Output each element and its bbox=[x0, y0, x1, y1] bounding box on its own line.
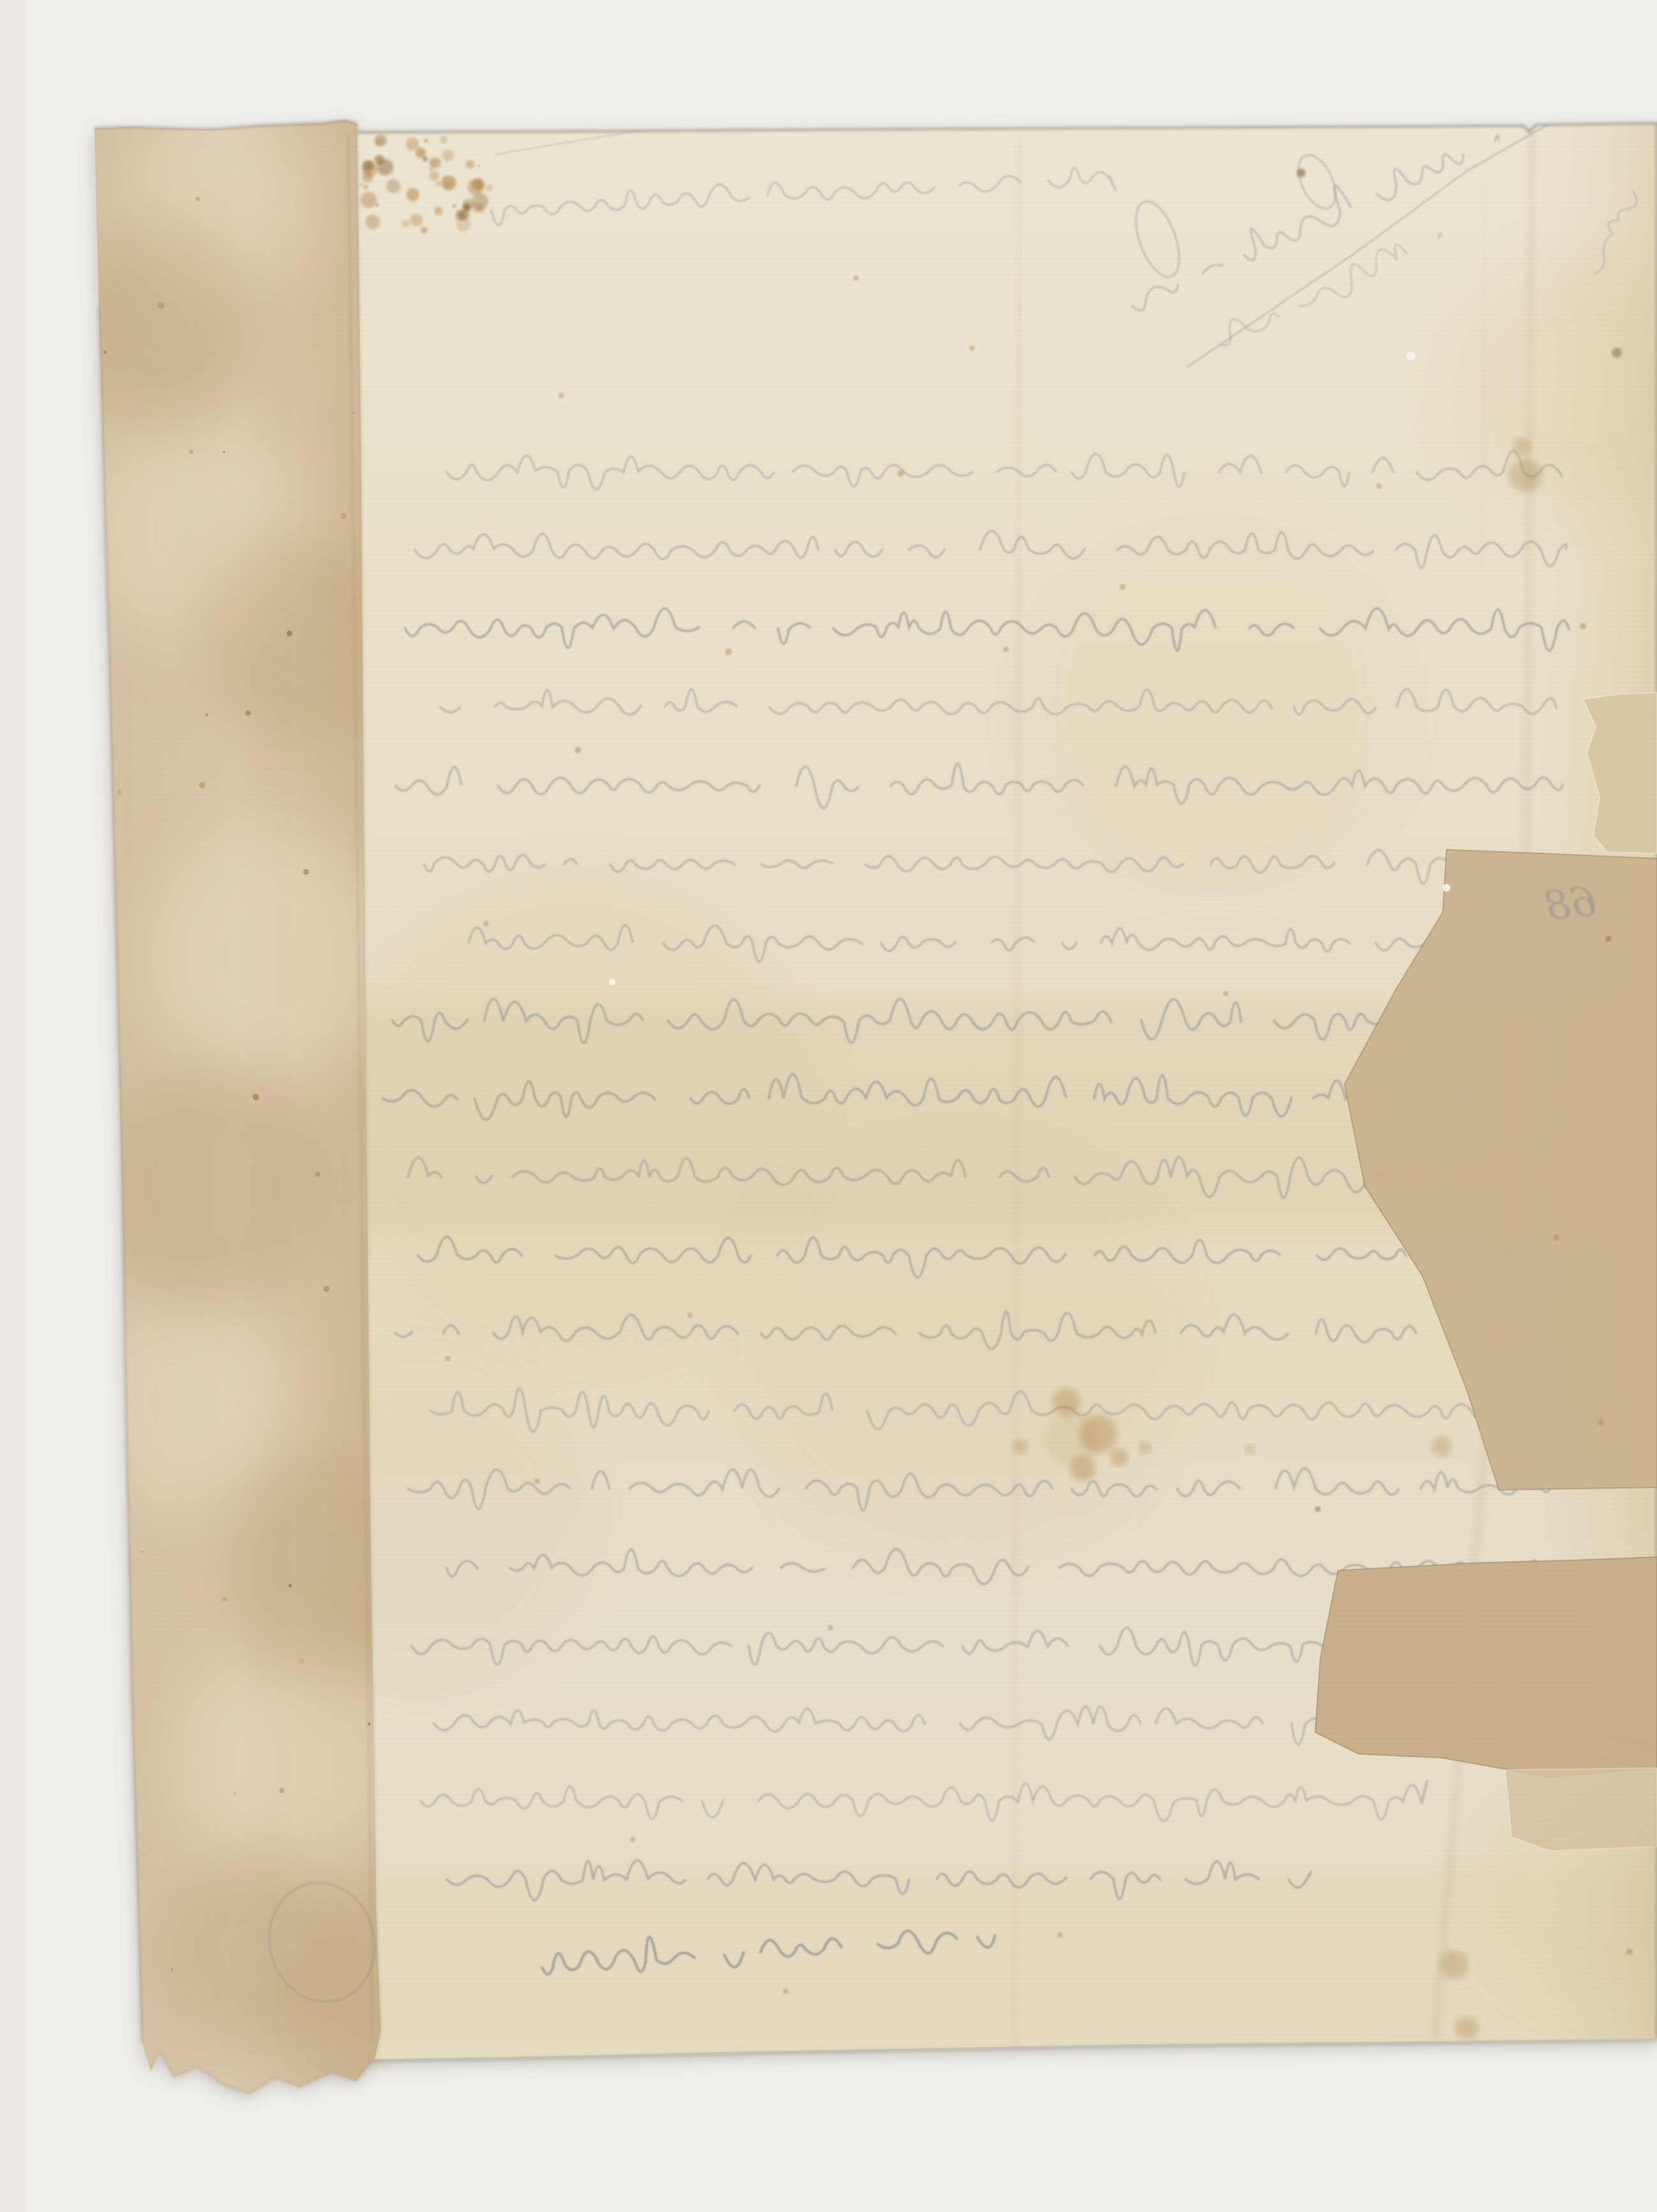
repair-patch-lower-right bbox=[1315, 1557, 1657, 1777]
repair-patch-top-right bbox=[1583, 693, 1657, 853]
scan-background-left-edge bbox=[0, 0, 26, 2212]
scanner-bed: 68 bbox=[0, 0, 1657, 2212]
manuscript-scan: 68 bbox=[0, 0, 1657, 2212]
pencil-number-text: 68 bbox=[1542, 878, 1599, 931]
pencil-number-mark: 68 bbox=[1542, 878, 1599, 931]
